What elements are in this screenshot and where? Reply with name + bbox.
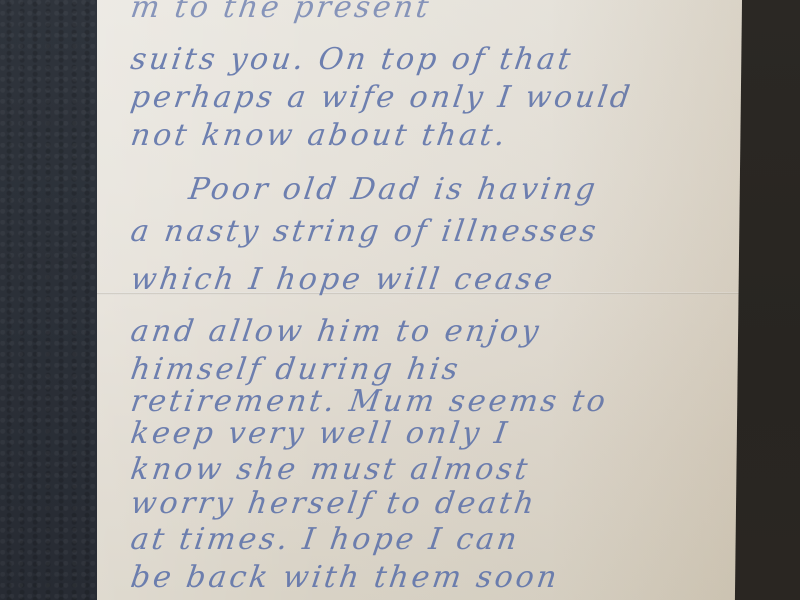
letter-line: suits you. On top of that: [129, 42, 576, 77]
letter-line: at times. I hope I can: [129, 522, 522, 557]
handwritten-text: m to the present suits you. On top of th…: [97, 0, 742, 600]
letter-line: which I hope will cease: [129, 262, 558, 297]
letter-line: know she must almost: [129, 452, 533, 487]
letter-line: be back with them soon: [129, 560, 562, 595]
dark-leather-background-left: [0, 0, 100, 600]
letter-line: m to the present: [129, 0, 434, 25]
letter-line: Poor old Dad is having: [187, 172, 601, 207]
letter-line: himself during his: [129, 352, 464, 387]
letter-paper: m to the present suits you. On top of th…: [97, 0, 742, 600]
letter-line: worry herself to death: [129, 486, 540, 521]
letter-line: a nasty string of illnesses: [129, 214, 601, 249]
letter-line: keep very well only I: [129, 416, 512, 451]
letter-line: not know about that.: [129, 118, 511, 153]
letter-line: and allow him to enjoy: [129, 314, 544, 349]
letter-line: retirement. Mum seems to: [129, 384, 611, 419]
letter-line: perhaps a wife only I would: [129, 80, 635, 115]
